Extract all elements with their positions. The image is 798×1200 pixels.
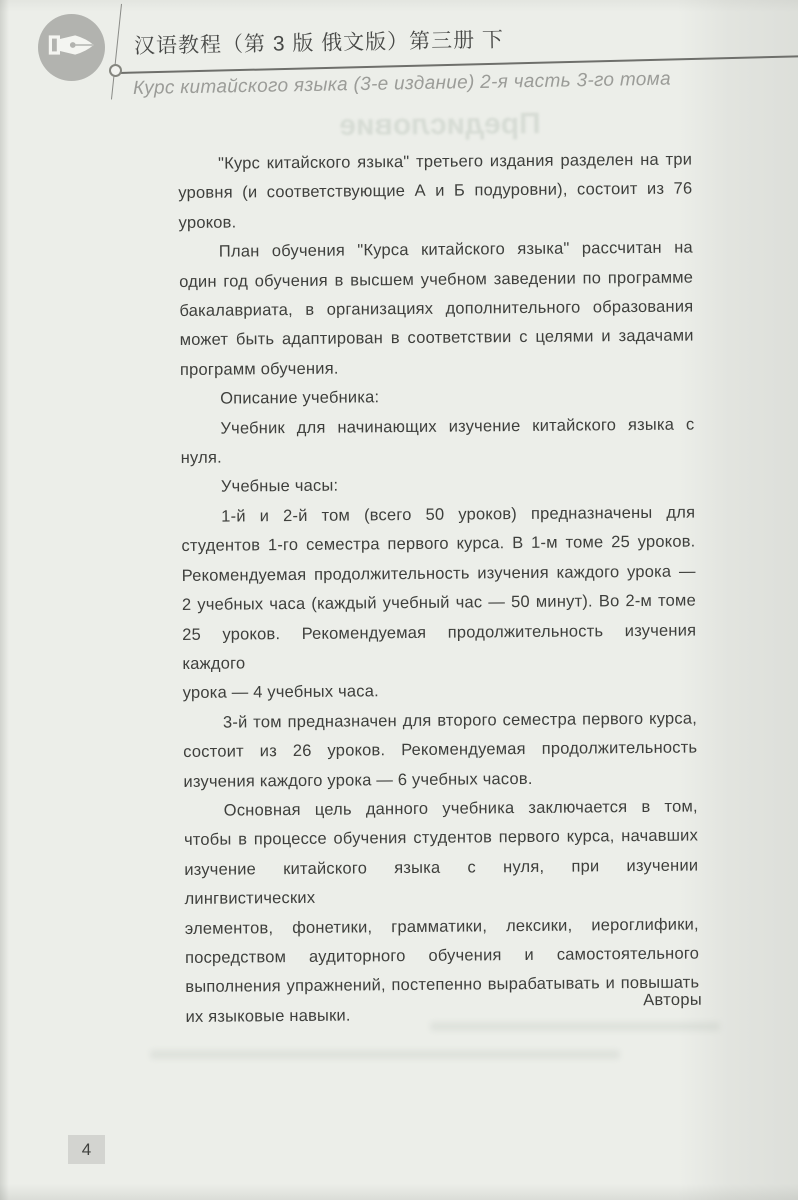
text-line: программ обучения.: [180, 351, 694, 385]
paragraph: План обучения "Курса китайского языка" р…: [179, 234, 694, 386]
paragraph: 3-й том предназначен для второго семестр…: [183, 704, 698, 797]
text-line: уроков.: [179, 204, 693, 238]
text-line: изучение китайского языка с нуля, при из…: [184, 851, 698, 914]
text-line: 2 учебных часа (каждый учебный час — 50 …: [182, 587, 696, 621]
paragraph: Учебник для начинающих изучение китайско…: [180, 410, 694, 473]
book-title-chinese: 汉语教程（第 3 版 俄文版）第三册 下: [134, 24, 504, 60]
book-title-russian: Курс китайского языка (3-е издание) 2-я …: [133, 69, 671, 100]
paragraph: Учебные часы:: [181, 469, 695, 503]
text-line: Учебник для начинающих изучение китайско…: [180, 410, 694, 473]
text-line: 3-й том предназначен для второго семестр…: [183, 704, 697, 738]
publisher-logo: [38, 14, 105, 81]
scanned-book-page: 汉语教程（第 3 版 俄文版）第三册 下 Курс китайского язы…: [0, 0, 798, 1200]
text-line: элементов, фонетики, грамматики, лексики…: [185, 910, 699, 944]
bleed-through-heading: Предисловие: [295, 107, 585, 144]
paragraph: Описание учебника:: [180, 381, 694, 415]
text-line: один год обучения в высшем учебном завед…: [179, 263, 693, 297]
bleed-through-line: [150, 1050, 620, 1059]
header-vertical-line: [111, 4, 122, 100]
body-text: "Курс китайского языка" третьего издания…: [178, 146, 700, 1033]
paragraph: 1-й и 2-й том (всего 50 уроков) предназн…: [181, 498, 697, 708]
header-ring-ornament: [109, 64, 122, 77]
page-number: 4: [68, 1135, 105, 1164]
text-line: состоит из 26 уроков. Рекомендуемая прод…: [183, 734, 697, 768]
text-line: Основная цель данного учебника заключает…: [184, 792, 698, 826]
text-line: 25 уроков. Рекомендуемая продолжительнос…: [182, 616, 696, 679]
text-line: Описание учебника:: [180, 381, 694, 415]
pen-nib-icon: [48, 29, 96, 66]
text-line: План обучения "Курса китайского языка" р…: [179, 234, 693, 268]
text-line: урока — 4 учебных часа.: [183, 675, 697, 709]
text-line: уровня (и соответствующие А и Б подуровн…: [178, 175, 692, 209]
paragraph: "Курс китайского языка" третьего издания…: [178, 146, 693, 239]
text-line: посредством аудиторного обучения и самос…: [185, 939, 699, 973]
text-line: 1-й и 2-й том (всего 50 уроков) предназн…: [181, 498, 695, 532]
text-line: изучения каждого урока — 6 учебных часов…: [183, 763, 697, 797]
text-line: бакалавриата, в организациях дополнитель…: [179, 293, 693, 327]
text-line: "Курс китайского языка" третьего издания…: [178, 146, 692, 180]
text-line: Рекомендуемая продолжительность изучения…: [182, 557, 696, 591]
text-line: чтобы в процессе обучения студентов перв…: [184, 822, 698, 856]
text-line: Учебные часы:: [181, 469, 695, 503]
text-line: студентов 1-го семестра первого курса. В…: [181, 528, 695, 562]
text-line: может быть адаптирован в соответствии с …: [180, 322, 694, 356]
